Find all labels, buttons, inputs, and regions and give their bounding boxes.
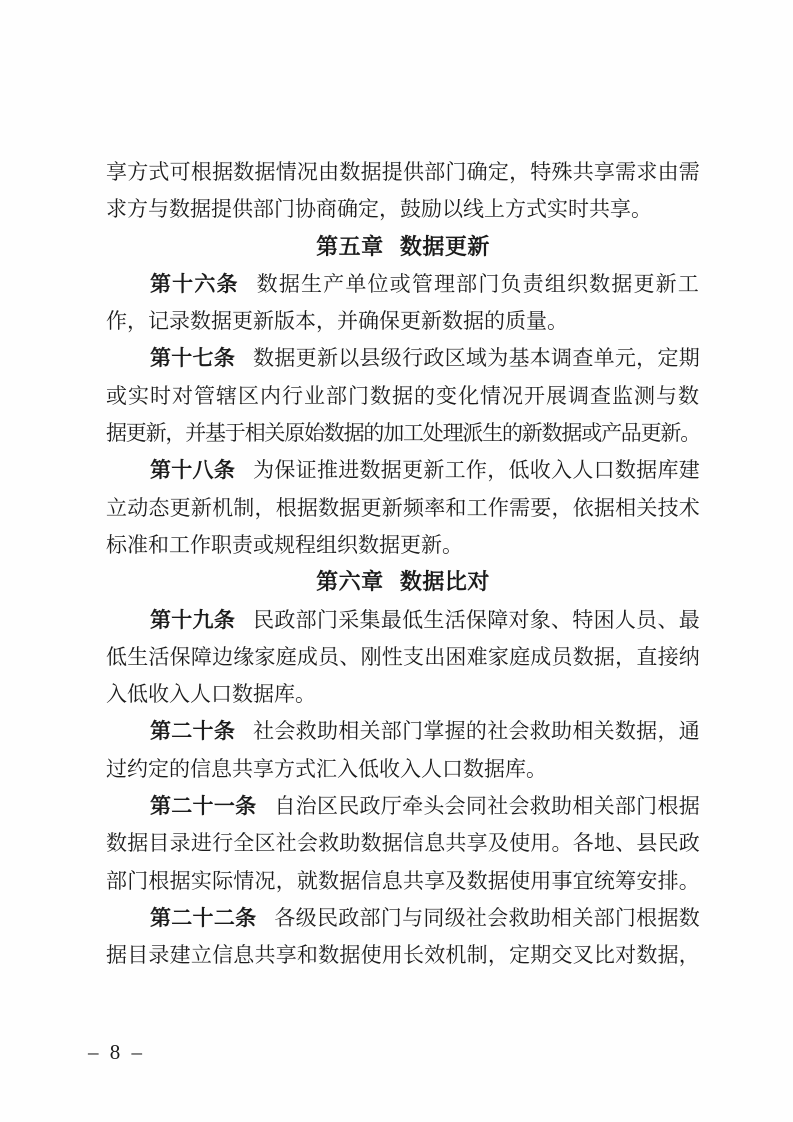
article-number-label: 第二十一条: [150, 794, 256, 818]
paragraph-line-text: 作，记录数据更新版本，并确保更新数据的质量。: [106, 303, 568, 340]
document-body: 享方式可根据数据情况由数据提供部门确定，特殊共享需求由需求方与数据提供部门协商确…: [106, 154, 700, 975]
paragraph-line: 立动态更新机制，根据数据更新频率和工作需要，依据相关技术: [106, 490, 700, 527]
scanned-document-page: { "page": { "background_color": "#fefefe…: [0, 0, 793, 1122]
paragraph-line: 部门根据实际情况，就数据信息共享及数据使用事宜统筹安排。: [106, 863, 700, 900]
article-line: 第二十一条自治区民政厅牵头会同社会救助相关部门根据: [106, 788, 700, 825]
chapter-heading: 第五章 数据更新: [106, 229, 700, 266]
paragraph-line: 低生活保障边缘家庭成员、刚性支出困难家庭成员数据，直接纳: [106, 639, 700, 676]
paragraph-line: 入低收入人口数据库。: [106, 676, 700, 713]
label-gap: [235, 364, 253, 365]
article-number-label: 第十八条: [150, 458, 235, 482]
label-gap: [239, 290, 257, 291]
paragraph-line: 享方式可根据数据情况由数据提供部门确定，特殊共享需求由需: [106, 154, 700, 191]
page-number: – 8 –: [88, 1040, 145, 1065]
paragraph-line-text: 或实时对管辖区内行业部门数据的变化情况开展调查监测与数: [106, 378, 700, 415]
article-number-label: 第十六条: [150, 272, 239, 296]
article-line: 第二十条社会救助相关部门掌握的社会救助相关数据，通: [106, 713, 700, 750]
label-gap: [235, 476, 253, 477]
paragraph-line: 作，记录数据更新版本，并确保更新数据的质量。: [106, 303, 700, 340]
chapter-heading-text: 第六章 数据比对: [316, 564, 490, 601]
article-text: 各级民政部门与同级社会救助相关部门根据数: [274, 906, 700, 930]
article-number-label: 第二十条: [150, 719, 235, 743]
article-line: 第十九条民政部门采集最低生活保障对象、特困人员、最: [106, 602, 700, 639]
article-text: 自治区民政厅牵头会同社会救助相关部门根据: [274, 794, 700, 818]
paragraph-line: 标准和工作职责或规程组织数据更新。: [106, 527, 700, 564]
paragraph-line-text: 部门根据实际情况，就数据信息共享及数据使用事宜统筹安排。: [106, 863, 700, 900]
paragraph-line-text: 标准和工作职责或规程组织数据更新。: [106, 527, 463, 564]
article-text: 民政部门采集最低生活保障对象、特困人员、最: [253, 608, 700, 632]
document-page: 享方式可根据数据情况由数据提供部门确定，特殊共享需求由需求方与数据提供部门协商确…: [0, 0, 793, 1122]
chapter-heading: 第六章 数据比对: [106, 564, 700, 601]
paragraph-line-text: 求方与数据提供部门协商确定，鼓励以线上方式实时共享。: [106, 191, 652, 228]
paragraph-line-text: 过约定的信息共享方式汇入低收入人口数据库。: [106, 751, 547, 788]
article-number-label: 第二十二条: [150, 906, 256, 930]
article-text: 社会救助相关部门掌握的社会救助相关数据，通: [253, 719, 700, 743]
paragraph-line: 或实时对管辖区内行业部门数据的变化情况开展调查监测与数: [106, 378, 700, 415]
label-gap: [256, 812, 274, 813]
article-line: 第二十二条各级民政部门与同级社会救助相关部门根据数: [106, 900, 700, 937]
article-text: 为保证推进数据更新工作，低收入人口数据库建: [253, 458, 700, 482]
paragraph-line-text: 据更新，并基于相关原始数据的加工处理派生的新数据或产品更新。: [106, 415, 700, 452]
article-text: 数据更新以县级行政区域为基本调查单元，定期: [253, 346, 700, 370]
article-line: 第十六条数据生产单位或管理部门负责组织数据更新工: [106, 266, 700, 303]
label-gap: [235, 737, 253, 738]
article-line: 第十八条为保证推进数据更新工作，低收入人口数据库建: [106, 452, 700, 489]
article-text: 数据生产单位或管理部门负责组织数据更新工: [257, 272, 700, 296]
paragraph-line: 据目录建立信息共享和数据使用长效机制，定期交叉比对数据，: [106, 937, 700, 974]
label-gap: [235, 626, 253, 627]
paragraph-line-text: 低生活保障边缘家庭成员、刚性支出困难家庭成员数据，直接纳: [106, 639, 700, 676]
paragraph-line: 求方与数据提供部门协商确定，鼓励以线上方式实时共享。: [106, 191, 700, 228]
article-number-label: 第十七条: [150, 346, 235, 370]
label-gap: [256, 924, 274, 925]
paragraph-line-text: 数据目录进行全区社会救助数据信息共享及使用。各地、县民政: [106, 825, 700, 862]
chapter-heading-text: 第五章 数据更新: [316, 229, 490, 266]
paragraph-line-text: 据目录建立信息共享和数据使用长效机制，定期交叉比对数据，: [106, 937, 700, 974]
paragraph-line: 数据目录进行全区社会救助数据信息共享及使用。各地、县民政: [106, 825, 700, 862]
article-number-label: 第十九条: [150, 608, 235, 632]
paragraph-line: 据更新，并基于相关原始数据的加工处理派生的新数据或产品更新。: [106, 415, 700, 452]
paragraph-line-text: 享方式可根据数据情况由数据提供部门确定，特殊共享需求由需: [106, 154, 700, 191]
paragraph-line-text: 入低收入人口数据库。: [106, 676, 316, 713]
paragraph-line: 过约定的信息共享方式汇入低收入人口数据库。: [106, 751, 700, 788]
paragraph-line-text: 立动态更新机制，根据数据更新频率和工作需要，依据相关技术: [106, 490, 700, 527]
article-line: 第十七条数据更新以县级行政区域为基本调查单元，定期: [106, 340, 700, 377]
